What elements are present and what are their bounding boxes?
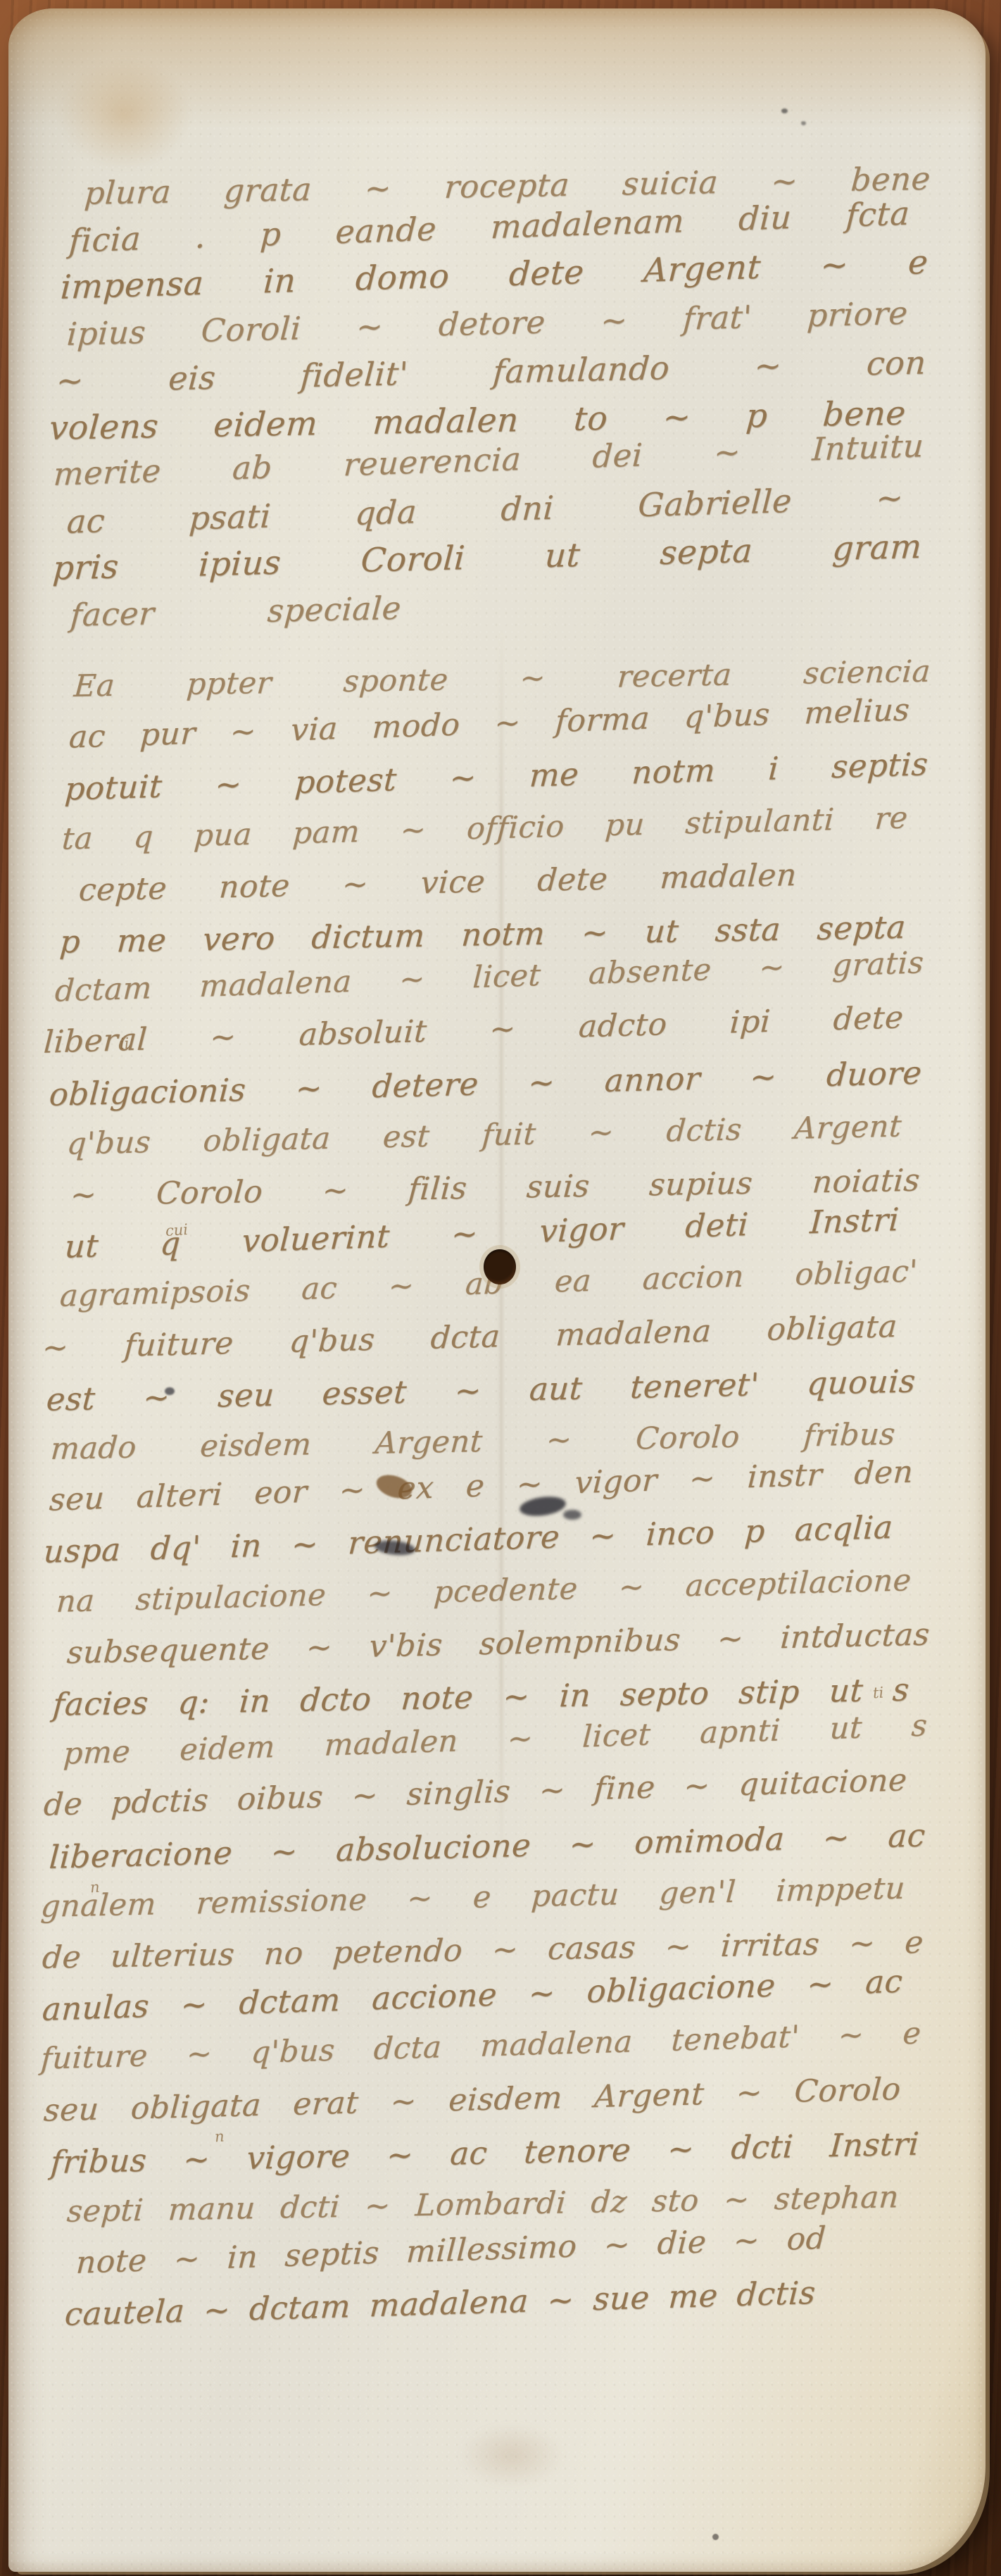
manuscript-line: q'bus obligata est fuit ~ dctis Argent: [65, 1111, 902, 1162]
manuscript-line: ~ fuiture q'bus dcta madalena obligata: [41, 1310, 898, 1365]
manuscript-line: est ~ seu esset ~ aut teneret' quouis: [45, 1363, 917, 1417]
manuscript-line: na stipulacione ~ pcedente ~ acceptilaci…: [56, 1564, 913, 1619]
manuscript-line: fuiture ~ q'bus dcta madalena tenebat' ~…: [40, 2018, 922, 2077]
worm-hole: [484, 1249, 516, 1284]
manuscript-line: liberal ~ absoluit ~ adcto ipi dete: [43, 1001, 905, 1061]
manuscript-line: cepte note ~ vice dete madalen: [77, 858, 798, 908]
manuscript-line: gnalem remissione ~ e pactu gen'l imppet…: [39, 1872, 906, 1925]
manuscript-line: ~ eis fidelit' famulando ~ con: [55, 345, 927, 399]
manuscript-line: ac pur ~ via modo ~ forma q'bus melius: [68, 694, 911, 756]
ink-speck: [781, 108, 788, 113]
interlinear-mark: n: [89, 1879, 100, 1896]
manuscript-line: pris ipius Coroli ut septa gram: [51, 529, 923, 587]
manuscript-line: fribus ~ vigore ~ ac tenore ~ dcti Instr…: [49, 2126, 920, 2180]
manuscript-line: de pdctis oibus ~ singlis ~ fine ~ quita…: [43, 1764, 908, 1823]
manuscript-line: liberacione ~ absolucione ~ omimoda ~ ac: [48, 1818, 926, 1875]
ink-speck: [801, 121, 806, 125]
interlinear-mark: ii: [119, 1035, 130, 1053]
manuscript-line: potuit ~ potest ~ me notm i septis: [64, 747, 929, 807]
manuscript-line: obligacionis ~ detere ~ annor ~ duore: [48, 1055, 923, 1112]
handwritten-text-block: plura grata ~ rocepta suicia ~ beneficia…: [8, 8, 986, 2572]
manuscript-line: seu obligata erat ~ eisdem Argent ~ Coro…: [42, 2072, 902, 2128]
manuscript-line: subsequente ~ v'bis solempnibus ~ intduc…: [65, 1618, 931, 1671]
manuscript-line: ta q pua pam ~ officio pu stipulanti re: [61, 801, 909, 856]
black-ink-blot: [563, 1510, 581, 1520]
manuscript-line: uspa dq' in ~ renunciatore ~ inco p acql…: [43, 1510, 894, 1570]
manuscript-line: facer speciale: [69, 590, 402, 632]
interlinear-mark: cui: [165, 1221, 189, 1239]
ink-speck: [712, 2534, 719, 2540]
manuscript-line: cautela ~ dctam madalena ~ sue me dctis: [64, 2276, 798, 2332]
interlinear-mark: ti: [872, 1684, 884, 1702]
manuscript-line: seu alteri eor ~ ex e ~ vigor ~ instr de…: [49, 1456, 914, 1518]
interlinear-mark: n: [214, 2128, 225, 2146]
manuscript-photo: plura grata ~ rocepta suicia ~ beneficia…: [0, 0, 1001, 2576]
manuscript-page: plura grata ~ rocepta suicia ~ beneficia…: [8, 8, 986, 2572]
manuscript-line: ut q voluerint ~ vigor deti Instri: [64, 1202, 900, 1265]
manuscript-line: note ~ in septis millessimo ~ die ~ od: [75, 2222, 823, 2280]
manuscript-line: ipius Coroli ~ detore ~ frat' priore: [65, 295, 909, 351]
black-ink-dot: [165, 1387, 175, 1395]
